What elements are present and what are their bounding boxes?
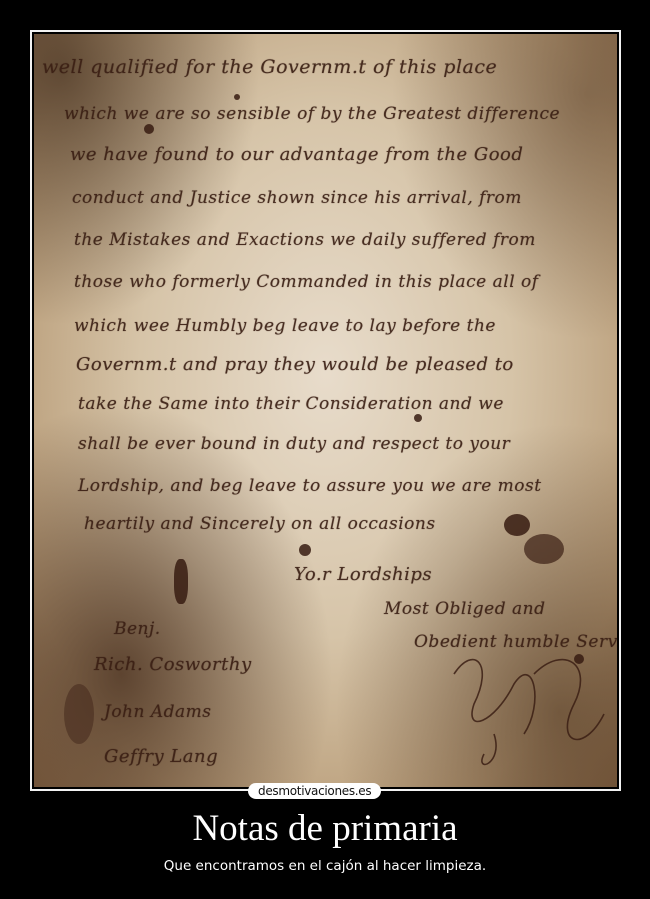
handwriting-line: heartily and Sincerely on all occasions xyxy=(84,514,436,534)
handwriting-line: Governm.t and pray they would be pleased… xyxy=(76,354,514,375)
poster-subtitle: Que encontramos en el cajón al hacer lim… xyxy=(0,856,650,876)
manuscript-photo: well qualified for the Governm.t of this… xyxy=(34,34,617,787)
ink-stain xyxy=(299,544,311,556)
handwriting-line: which we are so sensible of by the Great… xyxy=(64,104,560,124)
ink-stain xyxy=(504,514,530,536)
handwriting-line: conduct and Justice shown since his arri… xyxy=(72,188,522,208)
site-watermark: desmotivaciones.es xyxy=(248,783,381,799)
poster-frame: well qualified for the Governm.t of this… xyxy=(30,30,621,791)
handwriting-line: take the Same into their Consideration a… xyxy=(78,394,504,414)
signature: John Adams xyxy=(104,702,212,722)
ink-stain xyxy=(414,414,422,422)
signature: Geffry Lang xyxy=(104,746,218,767)
handwriting-line: those who formerly Commanded in this pla… xyxy=(74,272,539,292)
flourish-signature-icon xyxy=(434,644,614,784)
handwriting-line: Lordship, and beg leave to assure you we… xyxy=(78,476,542,496)
handwriting-line: Yo.r Lordships xyxy=(294,564,432,585)
handwriting-line: shall be ever bound in duty and respect … xyxy=(78,434,510,454)
ink-stain xyxy=(234,94,240,100)
handwriting-line: well qualified for the Governm.t of this… xyxy=(42,56,497,78)
ink-stain xyxy=(174,559,188,604)
signature: Rich. Cosworthy xyxy=(94,654,252,675)
ink-stain xyxy=(64,684,94,744)
handwriting-line: Most Obliged and xyxy=(384,599,546,619)
handwriting-line: we have found to our advantage from the … xyxy=(70,144,523,165)
handwriting-line: the Mistakes and Exactions we daily suff… xyxy=(74,230,536,250)
ink-stain xyxy=(144,124,154,134)
poster-title: Notas de primaria xyxy=(0,806,650,852)
handwriting-line: which wee Humbly beg leave to lay before… xyxy=(74,316,496,336)
ink-stain xyxy=(524,534,564,564)
signature: Benj. xyxy=(114,619,161,639)
